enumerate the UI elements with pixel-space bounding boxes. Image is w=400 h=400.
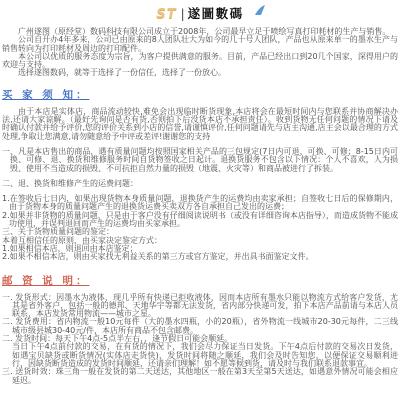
- intro-paragraph-4: 选择遂图数码，就等于选择了一份信任，选择了一份放心。: [2, 69, 398, 77]
- logo-name-text: 遂圖數碼: [188, 6, 244, 21]
- logo-divider: |: [181, 7, 185, 21]
- store-logo: ST|遂圖數碼: [2, 5, 398, 21]
- buyer-item-3-sub-2: 2.如果不相信本店，则由买家找无利益关系的第三方或官方鉴定，并出具书面鉴定文件。: [2, 253, 398, 261]
- postage-item-4: 三. 送货时效：珠三角一般在发货的第二天送达，其他地区一般在第3天至第5天送达，…: [2, 368, 398, 385]
- buyer-item-2-sub-2: 2.如果并非货物的质量问题，只是由于客户没有仔细阅读说明书（或没有详细咨询本店指…: [2, 212, 398, 229]
- intro-paragraph-3: 本公司以优质的服务态度为宗旨，为客户提供满意的服务。目前，产品已经出口到20几个…: [2, 53, 398, 70]
- logo-st-text: ST: [156, 7, 176, 22]
- postage-item-3: 二. 发货时间：每天下午4点-5点半左右，，逢节假日可能会顺延。 当日下午4点前…: [2, 335, 398, 368]
- buyer-notice-heading: 买 家 须 知：: [2, 87, 398, 102]
- seller-info-page: ST|遂圖數碼 广州遂图（原经堂）数码科技有限公司成立于2008年，公司最早立足…: [0, 0, 400, 400]
- postage-heading: 邮 资 说 明：: [2, 273, 398, 288]
- blue-ribbon-icon: [253, 2, 265, 18]
- intro-paragraph-2: 公司自开办4年多来，公司已由原来的8人团队壮大为如今的几十号人团队，产品也从原来…: [2, 36, 398, 53]
- buyer-notice-intro: 由于本店是实体店，商品流动较快,难免会出现临时断货现象,本店将会在最短时间内与您…: [2, 108, 398, 141]
- postage-item-2: 二. 发货费用：省内物流一般10元每件（大的墨水四瓶，小的20瓶），省外物流一线…: [2, 318, 398, 335]
- buyer-item-2-title: 二、退、换货和维修产生的运费问题：: [2, 180, 398, 188]
- buyer-item-1: 一、凡是本店售出的商品，遇有质量问题均按照国家相关产品的三包规定(7日内可退、可…: [2, 148, 398, 173]
- buyer-item-2-sub-1: 1.在签收后七日内，如果出现货物本身质量问题，退换货产生的运费均由卖家承担；自签…: [2, 195, 398, 212]
- postage-item-1: 一. 发货形式：因墨水为液体，现几乎所有快递已拒收液体，因而本店所有墨水只能以物…: [2, 294, 398, 319]
